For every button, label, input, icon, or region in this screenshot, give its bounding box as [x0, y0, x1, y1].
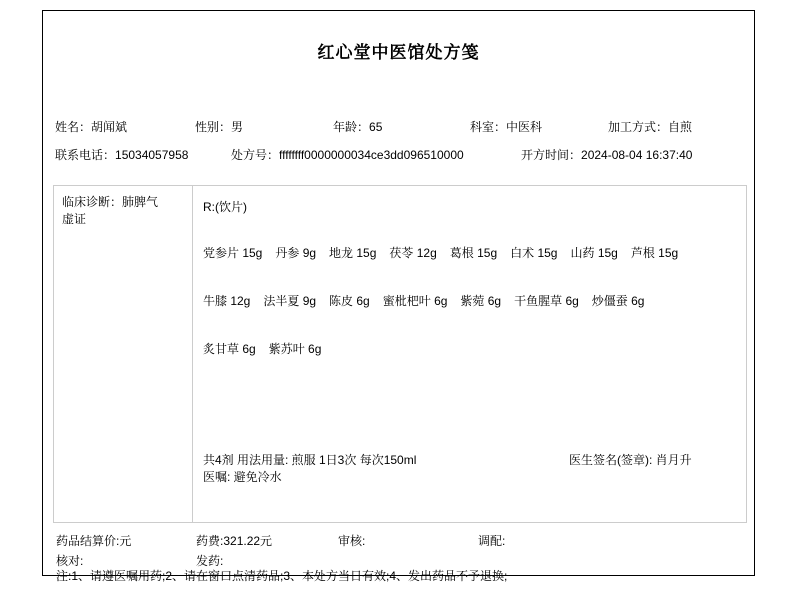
patient-gender-label: 性别： — [195, 120, 231, 134]
processing-method-field: 加工方式：自煎 — [608, 118, 692, 135]
processing-method-label: 加工方式： — [608, 120, 668, 134]
usage-summary: 共4剂 用法用量: 煎服 1日3次 每次150ml — [203, 452, 416, 469]
patient-gender-value: 男 — [231, 120, 243, 134]
fee-value: 321.22元 — [223, 534, 272, 548]
rx-number-field: 处方号：ffffffff0000000034ce3dd096510000 — [231, 146, 464, 163]
doctor-signature: 医生签名(签章): 肖月升 — [569, 452, 719, 469]
page-title: 红心堂中医馆处方笺 — [43, 38, 754, 63]
herb-item: 紫苏叶 6g — [269, 340, 322, 357]
rx-number-label: 处方号： — [231, 148, 279, 162]
department-field: 科室：中医科 — [470, 118, 542, 135]
rx-time-label: 开方时间： — [521, 148, 581, 162]
phone-label: 联系电话： — [55, 148, 115, 162]
doctor-signature-value: 肖月升 — [656, 453, 692, 467]
phone-field: 联系电话：15034057958 — [55, 146, 188, 163]
herb-item: 紫菀 6g — [460, 292, 501, 309]
herb-item: 炙甘草 6g — [203, 340, 256, 357]
review-field: 审核: — [338, 532, 365, 549]
patient-age-label: 年龄： — [333, 120, 369, 134]
rx-time-value: 2024-08-04 16:37:40 — [581, 148, 692, 162]
prescription-cell: R:(饮片) 党参片 15g丹参 9g地龙 15g茯苓 12g葛根 15g白术 … — [193, 186, 746, 522]
herb-row: 党参片 15g丹参 9g地龙 15g茯苓 12g葛根 15g白术 15g山药 1… — [203, 244, 740, 261]
settlement-price-unit: 元 — [119, 534, 131, 548]
rx-header: R:(饮片) — [203, 198, 247, 215]
herb-item: 葛根 15g — [450, 244, 497, 261]
doctor-signature-label: 医生签名(签章): — [569, 453, 656, 467]
patient-gender-field: 性别：男 — [195, 118, 243, 135]
rx-time-field: 开方时间：2024-08-04 16:37:40 — [521, 146, 692, 163]
usage-block: 共4剂 用法用量: 煎服 1日3次 每次150ml 医嘱: 避免冷水 — [203, 452, 416, 486]
diagnosis-text: 临床诊断：肺脾气虚证 — [62, 194, 168, 228]
dispense-field: 调配: — [478, 532, 505, 549]
herb-item: 炒僵蚕 6g — [592, 292, 645, 309]
doctor-advice: 医嘱: 避免冷水 — [203, 469, 416, 486]
herb-item: 山药 15g — [570, 244, 617, 261]
footer-note: 注:1、请遵医嘱用药;2、请在窗口点清药品;3、本处方当日有效;4、发出药品不予… — [56, 567, 507, 584]
herb-row: 牛膝 12g法半夏 9g陈皮 6g蜜枇杷叶 6g紫菀 6g干鱼腥草 6g炒僵蚕 … — [203, 292, 740, 309]
herb-item: 蜜枇杷叶 6g — [383, 292, 448, 309]
rx-number-value: ffffffff0000000034ce3dd096510000 — [279, 148, 464, 162]
herb-item: 干鱼腥草 6g — [514, 292, 579, 309]
diagnosis-label: 临床诊断： — [62, 195, 122, 209]
patient-name-value: 胡闻斌 — [91, 120, 127, 134]
fee-field: 药费:321.22元 — [196, 532, 272, 549]
diagnosis-cell: 临床诊断：肺脾气虚证 — [54, 186, 193, 522]
department-label: 科室： — [470, 120, 506, 134]
fee-label: 药费: — [196, 534, 223, 548]
prescription-sheet: 红心堂中医馆处方笺 姓名：胡闻斌 性别：男 年龄：65 科室：中医科 加工方式：… — [42, 10, 755, 576]
processing-method-value: 自煎 — [668, 120, 692, 134]
prescription-table: 临床诊断：肺脾气虚证 R:(饮片) 党参片 15g丹参 9g地龙 15g茯苓 1… — [53, 185, 747, 523]
herb-item: 地龙 15g — [329, 244, 376, 261]
phone-value: 15034057958 — [115, 148, 188, 162]
patient-name-field: 姓名：胡闻斌 — [55, 118, 127, 135]
herb-item: 法半夏 9g — [263, 292, 316, 309]
herb-row: 炙甘草 6g紫苏叶 6g — [203, 340, 740, 357]
herb-item: 牛膝 12g — [203, 292, 250, 309]
herb-item: 党参片 15g — [203, 244, 262, 261]
herb-item: 白术 15g — [510, 244, 557, 261]
herb-item: 芦根 15g — [631, 244, 678, 261]
patient-age-value: 65 — [369, 120, 382, 134]
herb-item: 丹参 9g — [275, 244, 316, 261]
herb-item: 茯苓 12g — [389, 244, 436, 261]
patient-age-field: 年龄：65 — [333, 118, 382, 135]
department-value: 中医科 — [506, 120, 542, 134]
patient-name-label: 姓名： — [55, 120, 91, 134]
herb-item: 陈皮 6g — [329, 292, 370, 309]
settlement-price-field: 药品结算价:元 — [56, 532, 131, 549]
settlement-price-label: 药品结算价: — [56, 534, 119, 548]
